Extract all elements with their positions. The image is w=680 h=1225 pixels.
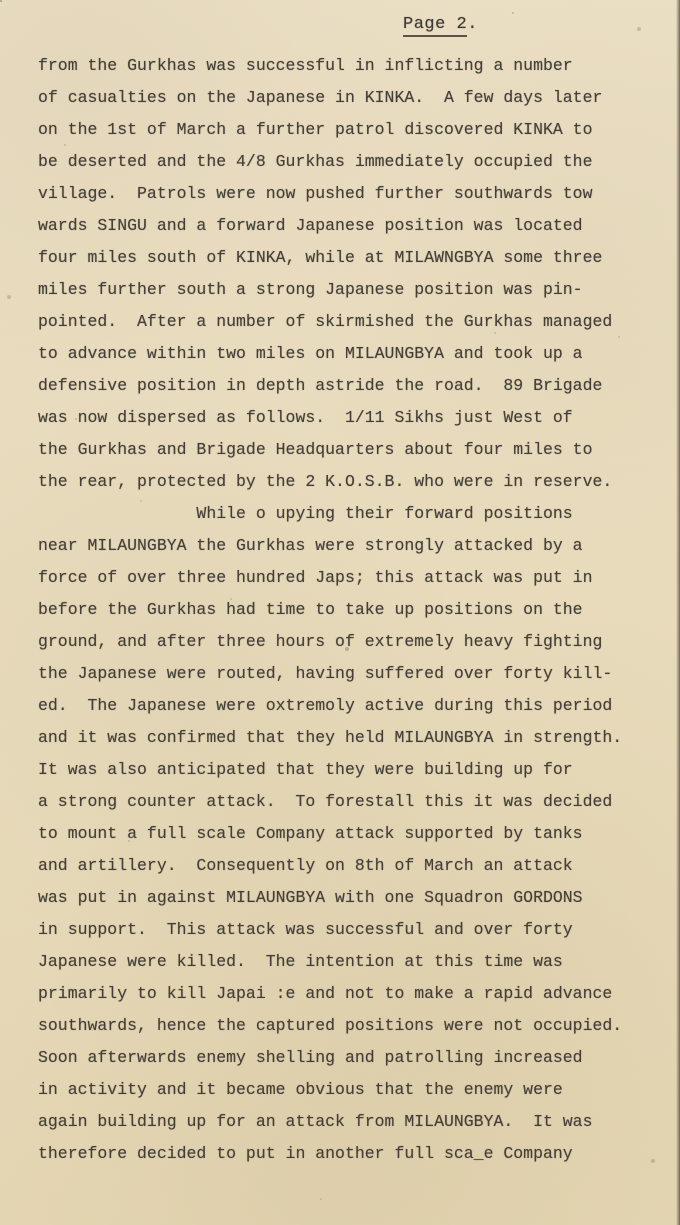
text-line: pointed. After a number of skirmished th…	[38, 306, 658, 338]
text-line: was now dispersed as follows. 1/11 Sikhs…	[38, 402, 658, 434]
text-line: the rear, protected by the 2 K.O.S.B. wh…	[38, 466, 658, 498]
text-line: Japanese were killed. The intention at t…	[38, 946, 658, 978]
document-body: from the Gurkhas was successful in infli…	[38, 50, 658, 1170]
text-line: wards SINGU and a forward Japanese posit…	[38, 210, 658, 242]
document-page: Page 2. from the Gurkhas was successful …	[0, 0, 680, 1225]
text-line: a strong counter attack. To forestall th…	[38, 786, 658, 818]
scan-edge-shadow	[676, 0, 680, 1225]
text-line: ground, and after three hours of extreme…	[38, 626, 658, 658]
text-line: four miles south of KINKA, while at MILA…	[38, 242, 658, 274]
text-line: Soon afterwards enemy shelling and patro…	[38, 1042, 658, 1074]
text-line: again building up for an attack from MIL…	[38, 1106, 658, 1138]
text-line: primarily to kill Japai :e and not to ma…	[38, 978, 658, 1010]
text-line: miles further south a strong Japanese po…	[38, 274, 658, 306]
page-number-period: .	[467, 15, 478, 34]
page-number: Page 2	[403, 15, 467, 37]
text-line: While o upying their forward positions	[38, 498, 658, 530]
text-line: was put in against MILAUNGBYA with one S…	[38, 882, 658, 914]
text-line: from the Gurkhas was successful in infli…	[38, 50, 658, 82]
text-line: and it was confirmed that they held MILA…	[38, 722, 658, 754]
text-line: defensive position in depth astride the …	[38, 370, 658, 402]
text-line: before the Gurkhas had time to take up p…	[38, 594, 658, 626]
text-line: on the 1st of March a further patrol dis…	[38, 114, 658, 146]
text-line: in support. This attack was successful a…	[38, 914, 658, 946]
text-line: in activity and it became obvious that t…	[38, 1074, 658, 1106]
page-header: Page 2.	[403, 15, 478, 34]
text-line: near MILAUNGBYA the Gurkhas were strongl…	[38, 530, 658, 562]
text-line: force of over three hundred Japs; this a…	[38, 562, 658, 594]
text-line: and artillery. Consequently on 8th of Ma…	[38, 850, 658, 882]
text-line: ed. The Japanese were oxtremoly active d…	[38, 690, 658, 722]
text-line: to advance within two miles on MILAUNGBY…	[38, 338, 658, 370]
text-line: village. Patrols were now pushed further…	[38, 178, 658, 210]
text-line: therefore decided to put in another full…	[38, 1138, 658, 1170]
text-line: to mount a full scale Company attack sup…	[38, 818, 658, 850]
text-line: be deserted and the 4/8 Gurkhas immediat…	[38, 146, 658, 178]
text-line: of casualties on the Japanese in KINKA. …	[38, 82, 658, 114]
text-line: the Gurkhas and Brigade Headquarters abo…	[38, 434, 658, 466]
text-line: It was also anticipated that they were b…	[38, 754, 658, 786]
text-line: southwards, hence the captured positions…	[38, 1010, 658, 1042]
text-line: the Japanese were routed, having suffere…	[38, 658, 658, 690]
